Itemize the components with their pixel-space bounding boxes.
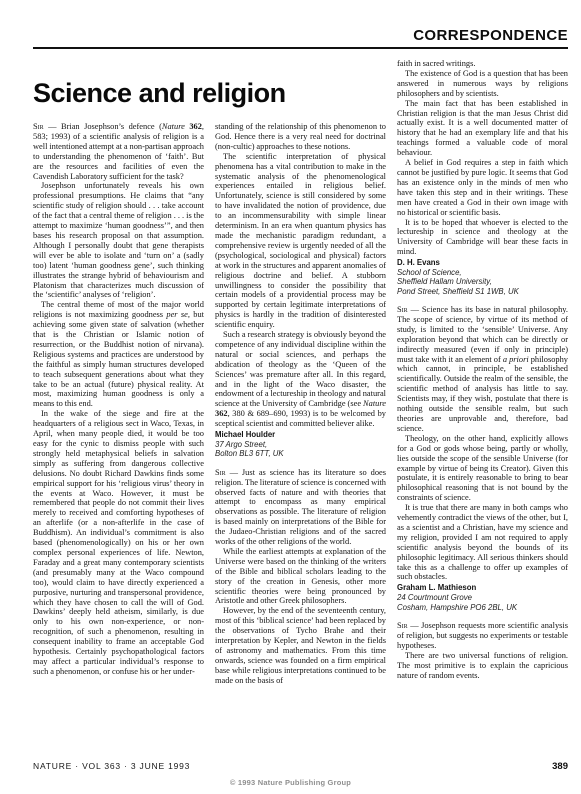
body-paragraph: Sir — Science has its base in natural ph… — [397, 305, 568, 434]
body-paragraph: In the wake of the siege and fire at the… — [33, 409, 204, 676]
signature-address: Sheffield Hallam University, — [397, 277, 568, 286]
signature-address: 37 Argo Street, — [215, 440, 386, 449]
body-paragraph: faith in sacred writings. — [397, 59, 568, 69]
body-paragraph: It is true that there are many in both c… — [397, 503, 568, 582]
signature-name: D. H. Evans — [397, 258, 568, 268]
page-footer: NATURE · VOL 363 · 3 JUNE 1993 389 — [33, 761, 568, 772]
body-paragraph: Sir — Josephson requests more scientific… — [397, 621, 568, 651]
body-paragraph: The central theme of most of the major w… — [33, 300, 204, 409]
body-paragraph: The scientific interpretation of physica… — [215, 152, 386, 330]
signature-address: Pond Street, Sheffield S1 1WB, UK — [397, 287, 568, 296]
body-paragraph: A belief in God requires a step in faith… — [397, 158, 568, 217]
body-paragraph: Josephson unfortunately reveals his own … — [33, 181, 204, 300]
text-column-2: standing of the relationship of this phe… — [215, 49, 386, 761]
copyright-notice: © 1993 Nature Publishing Group — [0, 778, 581, 787]
body-paragraph: Such a research strategy is obviously be… — [215, 330, 386, 429]
body-paragraph: While the earliest attempts at explanati… — [215, 547, 386, 606]
signature-name: Michael Houlder — [215, 430, 386, 440]
signature-address: Bolton BL3 6TT, UK — [215, 449, 386, 458]
article-title: Science and religion — [33, 78, 286, 109]
body-paragraph: Sir — Just as science has its literature… — [215, 468, 386, 547]
body-paragraph: Sir — Brian Josephson’s defence (Nature … — [33, 122, 204, 181]
journal-page: CORRESPONDENCE Science and religion Sir … — [0, 0, 581, 794]
body-paragraph: It is to be hoped that whoever is electe… — [397, 218, 568, 258]
body-paragraph: standing of the relationship of this phe… — [215, 122, 386, 152]
text-column-3: faith in sacred writings.The existence o… — [397, 49, 568, 761]
signature-address: Cosham, Hampshire PO6 2BL, UK — [397, 603, 568, 612]
signature-address: 24 Courtmount Grove — [397, 593, 568, 602]
body-paragraph: However, by the end of the seventeenth c… — [215, 606, 386, 685]
signature-address: School of Science, — [397, 268, 568, 277]
section-label: CORRESPONDENCE — [0, 0, 581, 44]
text-column-1: Sir — Brian Josephson’s defence (Nature … — [33, 49, 204, 761]
page-content: Science and religion Sir — Brian Josephs… — [33, 49, 568, 761]
page-number: 389 — [552, 761, 568, 772]
body-paragraph: There are two universal functions of rel… — [397, 651, 568, 681]
body-paragraph: The main fact that has been established … — [397, 99, 568, 158]
body-paragraph: Theology, on the other hand, explicitly … — [397, 434, 568, 503]
body-paragraph: The existence of God is a question that … — [397, 69, 568, 99]
signature-name: Graham L. Mathieson — [397, 583, 568, 593]
journal-volume-date: NATURE · VOL 363 · 3 JUNE 1993 — [33, 761, 190, 771]
